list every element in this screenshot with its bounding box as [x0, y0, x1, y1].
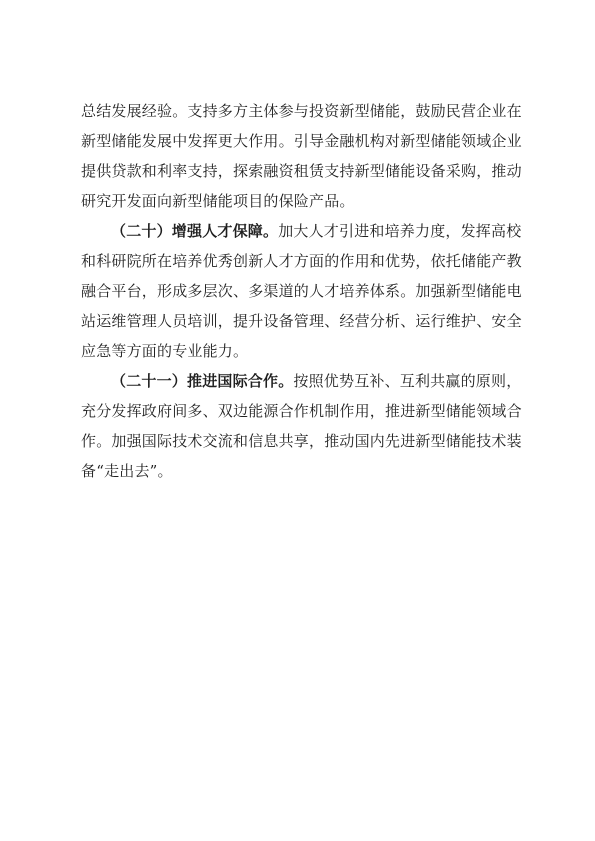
- text-line: 和科研院所在培养优秀创新人才方面的作用和优势，依托储能产教: [81, 246, 515, 276]
- text-line: 作。加强国际技术交流和信息共享，推动国内先进新型储能技术装: [81, 426, 515, 456]
- text-line: 融合平台，形成多层次、多渠道的人才培养体系。加强新型储能电: [81, 276, 515, 306]
- text-line: 研究开发面向新型储能项目的保险产品。: [81, 186, 515, 216]
- section-heading: （二十一）推进国际合作。: [111, 372, 293, 390]
- text-line: （二十一）推进国际合作。按照优势互补、互利共赢的原则，: [81, 366, 515, 396]
- text-line: 备“走出去”。: [81, 456, 515, 486]
- text-line: （二十）增强人才保障。加大人才引进和培养力度，发挥高校: [81, 216, 515, 246]
- document-page: 总结发展经验。支持多方主体参与投资新型储能，鼓励民营企业在新型储能发展中发挥更大…: [0, 0, 595, 841]
- text-line: 充分发挥政府间多、双边能源合作机制作用，推进新型储能领域合: [81, 396, 515, 426]
- document-body: 总结发展经验。支持多方主体参与投资新型储能，鼓励民营企业在新型储能发展中发挥更大…: [81, 96, 515, 486]
- section-heading: （二十）增强人才保障。: [111, 222, 278, 240]
- text-line: 提供贷款和利率支持，探索融资租赁支持新型储能设备采购，推动: [81, 156, 515, 186]
- text-line: 站运维管理人员培训，提升设备管理、经营分析、运行维护、安全: [81, 306, 515, 336]
- text-line: 新型储能发展中发挥更大作用。引导金融机构对新型储能领域企业: [81, 126, 515, 156]
- text-line: 应急等方面的专业能力。: [81, 336, 515, 366]
- text-line: 总结发展经验。支持多方主体参与投资新型储能，鼓励民营企业在: [81, 96, 515, 126]
